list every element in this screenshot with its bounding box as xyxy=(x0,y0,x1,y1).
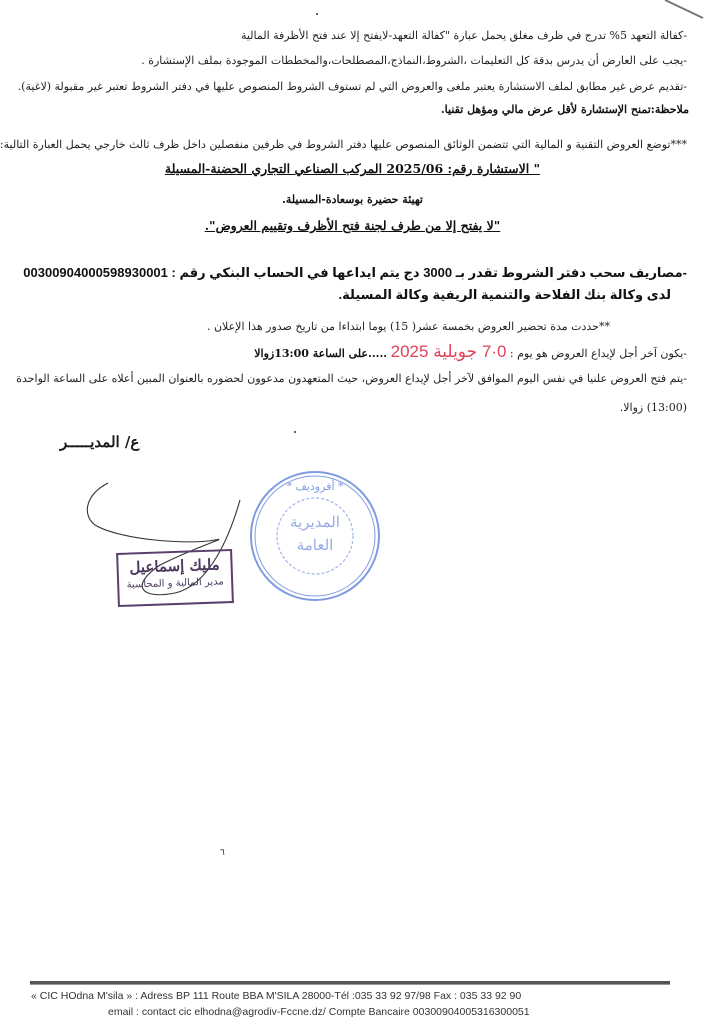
footer-divider xyxy=(30,981,670,985)
date-stamp: 0·7 جويلية 2025 xyxy=(391,342,507,361)
deadline-prefix: -يكون آخر أجل لإيداع العروض هو يوم : xyxy=(506,347,687,360)
stamp-center-line-2: العامة xyxy=(247,536,383,554)
project-title: تهيئة حضيرة بوسعادة-المسيلة. xyxy=(0,193,705,207)
footer-contact: email : contact cic elhodna@agrodiv-Fccn… xyxy=(108,1006,530,1018)
official-round-stamp: * أفروديف * المديرية العامة xyxy=(247,468,383,604)
paragraph-guarantee: -كفالة التعهد 5% تدرج في ظرف مغلق يحمل ع… xyxy=(241,29,687,43)
fees-line: -مصاريف سحب دفتر الشروط تقدر بـ 3000 دج … xyxy=(23,266,687,280)
bank-agency-line: لدى وكالة بنك الفلاحة والتنمية الريفية و… xyxy=(339,288,671,302)
paragraph-rejection: -تقديم عرض غير مطابق لملف الاستشارة يعتب… xyxy=(18,80,687,94)
name-stamp: مليك إسماعيل مدير المالية و المحاسبة xyxy=(116,549,234,607)
director-title: ع/ المديـــــر xyxy=(60,433,139,451)
consultation-number: " الاستشارة رقم: 2025/06 المركب الصناعي … xyxy=(0,162,705,176)
opening-line: -يتم فتح العروض علنيا في نفس اليوم الموا… xyxy=(16,372,687,386)
opening-time: (13:00) زوالا. xyxy=(620,401,687,415)
footer-address: « CIC HOdna M'sila » : Adress BP 111 Rou… xyxy=(31,990,521,1002)
deadline-time: .....على الساعة 13:00زوالا xyxy=(254,347,387,360)
do-not-open-notice: "لا يفتح إلا من طرف لجنة فتح الأظرف وتقي… xyxy=(0,219,705,233)
paragraph-study: -يجب على العارض أن يدرس بدقة كل التعليما… xyxy=(141,54,687,68)
envelope-instruction: ***توضع العروض التقنية و المالية التي تت… xyxy=(0,138,687,152)
speck xyxy=(294,431,296,433)
speck xyxy=(316,13,318,15)
stamp-role: مدير المالية و المحاسبة xyxy=(119,575,231,593)
scan-corner-mark xyxy=(635,0,705,20)
note: ملاحظة:تمنح الإستشارة لأقل عرض مالي ومؤه… xyxy=(441,103,689,117)
preparation-duration: **حددت مدة تحضير العروض بخمسة عشر( 15) ي… xyxy=(207,320,610,334)
stamp-top-text: * أفروديف * xyxy=(247,480,383,493)
page-mark: ٦ xyxy=(220,848,225,858)
deadline-line: -يكون آخر أجل لإيداع العروض هو يوم : 0·7… xyxy=(254,345,687,361)
stamp-center-line-1: المديرية xyxy=(247,513,383,531)
document-page: -كفالة التعهد 5% تدرج في ظرف مغلق يحمل ع… xyxy=(0,0,705,1024)
